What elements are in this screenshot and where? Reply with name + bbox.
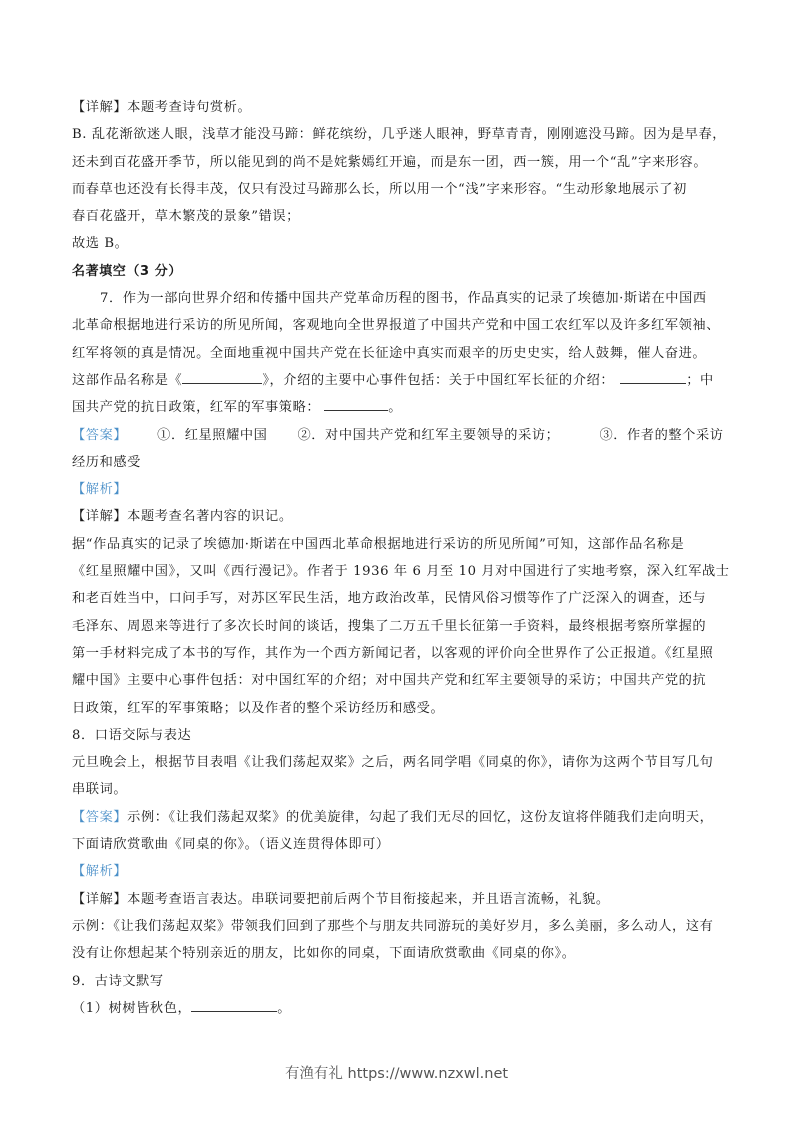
q8-example-line: 示例：《让我们荡起双桨》带领我们回到了那些个与朋友共同游玩的美好岁月，多么美丽，… [72, 913, 724, 940]
q7-detail-line: 据“作品真实的记录了埃德加·斯诺在中国西北革命根据地进行采访的所见所闻”可知，这… [72, 531, 724, 558]
q8-example-line: 没有让你想起某个特别亲近的朋友，比如你的同桌，下面请欣赏歌曲《同桌的你》。 [72, 940, 724, 967]
detail-label: 【详解】 [72, 100, 127, 115]
q8-line: 元旦晚会上，根据节目表唱《让我们荡起双桨》之后，两名同学唱《同桌的你》，请你为这… [72, 749, 724, 776]
q6-line: B. 乱花渐欲迷人眼，浅草才能没马蹄：鲜花缤纷，几乎迷人眼神，野草青青，刚刚遮没… [72, 121, 724, 148]
detail-label: 【详解】 [72, 509, 127, 524]
q8-detail: 【详解】本题考查语言表达。串联词要把前后两个节目衔接起来，并且语言流畅，礼貌。 [72, 886, 724, 913]
q7-detail-line: 毛泽东、周恩来等进行了多次长时间的谈话，搜集了二万五千里长征第一手资料，最终根据… [72, 613, 724, 640]
q7-line-blanks: 国共产党的抗日政策，红军的军事策略：。 [72, 394, 724, 421]
q7-detail-line: 耀中国》主要中心事件包括：对中国红军的介绍；对中国共产党和红军主要领导的采访；中… [72, 667, 724, 694]
q7-detail-line: 第一手材料完成了本书的写作，其作为一个西方新闻记者，以客观的评价向全世界作了公正… [72, 640, 724, 667]
answer-label: 【答案】 [72, 810, 127, 825]
q7-detail-line: 日政策，红军的军事策略；以及作者的整个采访经历和感受。 [72, 695, 724, 722]
answer-label: 【答案】 [72, 428, 127, 443]
q8-title: 8．口语交际与表达 [72, 722, 724, 749]
q6-line: 春百花盛开，草木繁茂的景象”错误； [72, 203, 724, 230]
q7-answer: 【答案】①．红星照耀中国②．对中国共产党和红军主要领导的采访；③．作者的整个采访 [72, 422, 724, 449]
q8-answer: 【答案】示例：《让我们荡起双桨》的优美旋律，勾起了我们无尽的回忆，这份友谊将伴随… [72, 804, 724, 831]
q6-line: 而春草也还没有长得丰茂，仅只有没过马蹄那么长，所以用一个“浅”字来形容。“生动形… [72, 176, 724, 203]
q6-detail: 【详解】本题考查诗句赏析。 [72, 94, 724, 121]
q7-detail-line: 和老百姓当中，口问手写，对苏区军民生活，地方政治改革，民情风俗习惯等作了广泛深入… [72, 585, 724, 612]
blank-4 [191, 997, 277, 1012]
footer-watermark: 有渔有礼 https://www.nzxwl.net [0, 1062, 793, 1083]
q7-detail-line: 《红星照耀中国》，又叫《西行漫记》。作者于 1936 年 6 月至 10 月对中… [72, 558, 724, 585]
blank-2 [620, 369, 686, 384]
q8-answer-cont: 下面请欣赏歌曲《同桌的你》。（语义连贯得体即可） [72, 831, 724, 858]
q6-line: 还未到百花盛开季节，所以能见到的尚不是姹紫嫣红开遍，而是东一团，西一簇，用一个“… [72, 149, 724, 176]
analysis-label: 【解析】 [72, 476, 724, 503]
blank-1 [182, 369, 262, 384]
q9-item-1: （1）树树皆秋色，。 [72, 995, 724, 1022]
q7-line: 7．作为一部向世界介绍和传播中国共产党革命历程的图书，作品真实的记录了埃德加·斯… [72, 285, 724, 312]
q7-line: 红军将领的真是情况。全面地重视中国共产党在长征途中真实而艰辛的历史史实，给人鼓舞… [72, 340, 724, 367]
q9-title: 9．古诗文默写 [72, 968, 724, 995]
q8-line: 串联词。 [72, 776, 724, 803]
detail-label: 【详解】 [72, 892, 127, 907]
q7-line-blanks: 这部作品名称是《》，介绍的主要中心事件包括：关于中国红军长征的介绍：；中 [72, 367, 724, 394]
q7-detail: 【详解】本题考查名著内容的识记。 [72, 503, 724, 530]
document-page: 【详解】本题考查诗句赏析。 B. 乱花渐欲迷人眼，浅草才能没马蹄：鲜花缤纷，几乎… [72, 94, 724, 1022]
section-title: 名著填空（3 分） [72, 258, 724, 285]
q7-answer-cont: 经历和感受 [72, 449, 724, 476]
blank-3 [324, 396, 388, 411]
analysis-label: 【解析】 [72, 858, 724, 885]
q6-line: 故选 B。 [72, 230, 724, 257]
q7-line: 北革命根据地进行采访的所见所闻，客观地向全世界报道了中国共产党和中国工农红军以及… [72, 312, 724, 339]
